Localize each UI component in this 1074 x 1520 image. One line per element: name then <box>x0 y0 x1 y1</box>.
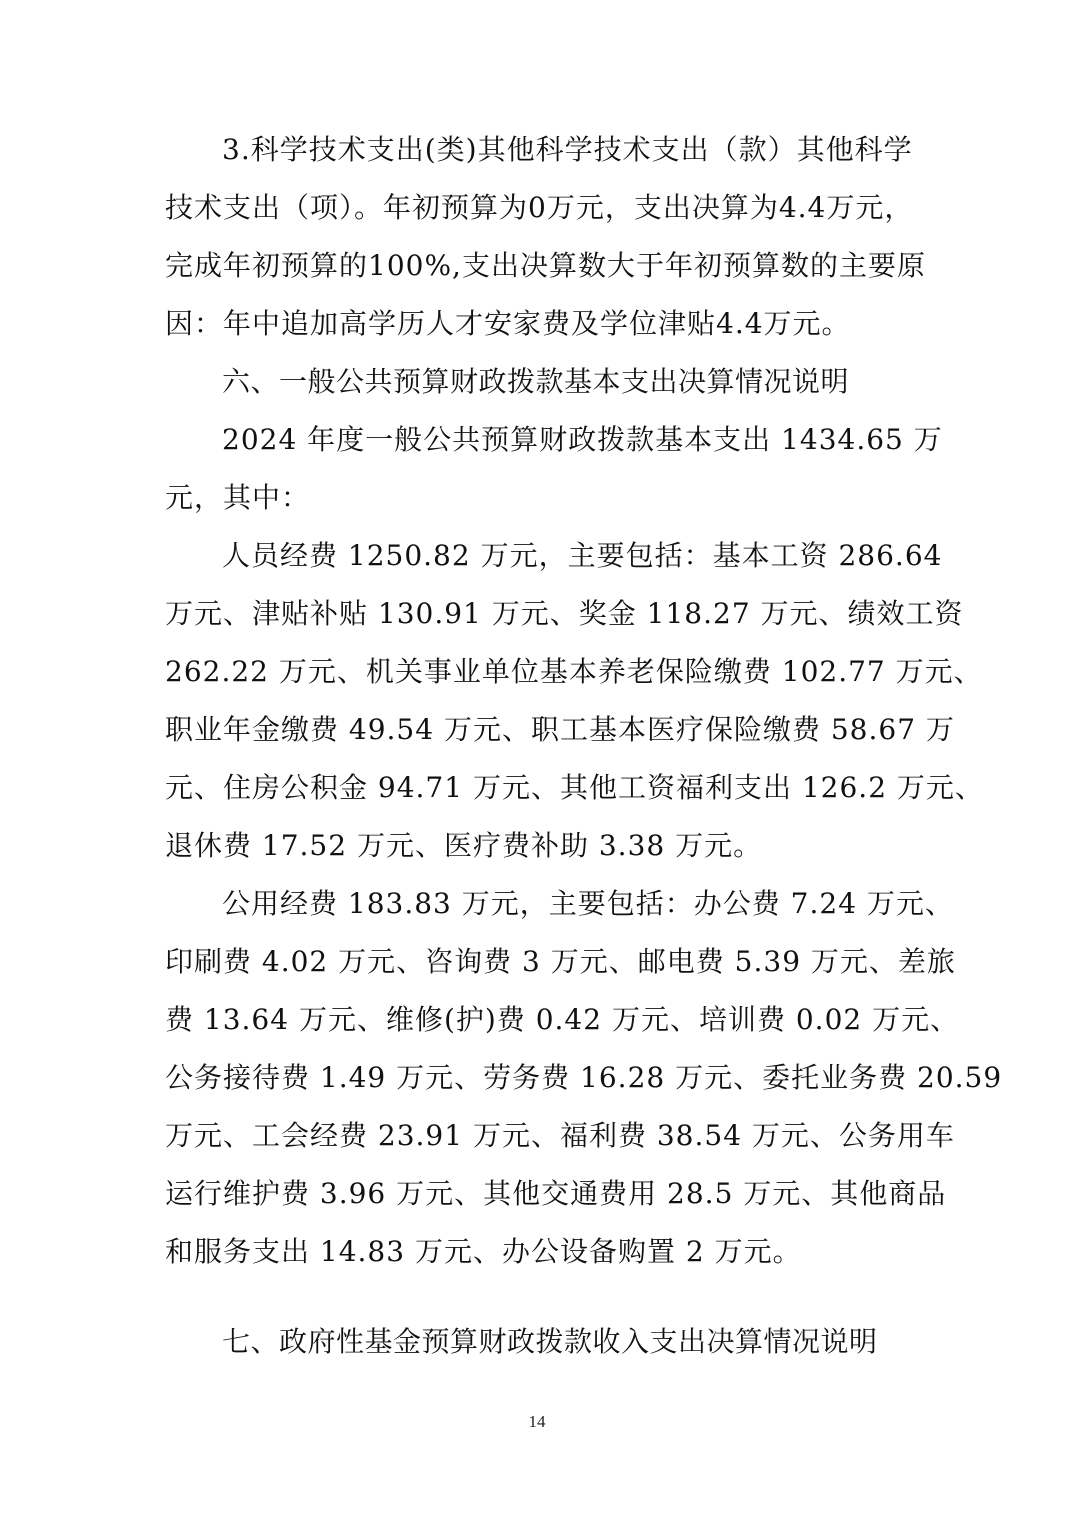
paragraph-line: 公务接待费 1.49 万元、劳务费 16.28 万元、委托业务费 20.59 <box>165 1058 910 1098</box>
paragraph-line: 职业年金缴费 49.54 万元、职工基本医疗保险缴费 58.67 万 <box>165 710 910 750</box>
section-heading-6: 六、一般公共预算财政拨款基本支出决算情况说明 <box>222 362 849 402</box>
paragraph-line: 技术支出（项）。年初预算为0万元，支出决算为4.4万元， <box>165 188 910 228</box>
document-page: 3.科学技术支出(类)其他科学技术支出（款）其他科学 技术支出（项）。年初预算为… <box>0 0 1074 1520</box>
paragraph-line: 元、住房公积金 94.71 万元、其他工资福利支出 126.2 万元、 <box>165 768 910 808</box>
paragraph-line: 万元、津贴补贴 130.91 万元、奖金 118.27 万元、绩效工资 <box>165 594 910 634</box>
paragraph-line: 完成年初预算的100%,支出决算数大于年初预算数的主要原 <box>165 246 910 286</box>
paragraph-line: 运行维护费 3.96 万元、其他交通费用 28.5 万元、其他商品 <box>165 1174 910 1214</box>
paragraph-line: 人员经费 1250.82 万元，主要包括：基本工资 286.64 <box>222 536 910 576</box>
paragraph-line: 因：年中追加高学历人才安家费及学位津贴4.4万元。 <box>165 304 851 344</box>
paragraph-line: 2024 年度一般公共预算财政拨款基本支出 1434.65 万 <box>222 420 910 460</box>
paragraph-line: 万元、工会经费 23.91 万元、福利费 38.54 万元、公务用车 <box>165 1116 910 1156</box>
page-number: 14 <box>0 1412 1074 1432</box>
paragraph-line: 262.22 万元、机关事业单位基本养老保险缴费 102.77 万元、 <box>165 652 910 692</box>
paragraph-line: 公用经费 183.83 万元，主要包括：办公费 7.24 万元、 <box>222 884 910 924</box>
paragraph-line: 元，其中： <box>165 478 310 518</box>
section-heading-7: 七、政府性基金预算财政拨款收入支出决算情况说明 <box>222 1322 878 1362</box>
paragraph-line: 印刷费 4.02 万元、咨询费 3 万元、邮电费 5.39 万元、差旅 <box>165 942 910 982</box>
paragraph-line: 退休费 17.52 万元、医疗费补助 3.38 万元。 <box>165 826 762 866</box>
paragraph-line: 3.科学技术支出(类)其他科学技术支出（款）其他科学 <box>222 130 910 170</box>
paragraph-line: 费 13.64 万元、维修(护)费 0.42 万元、培训费 0.02 万元、 <box>165 1000 910 1040</box>
paragraph-line: 和服务支出 14.83 万元、办公设备购置 2 万元。 <box>165 1232 802 1272</box>
